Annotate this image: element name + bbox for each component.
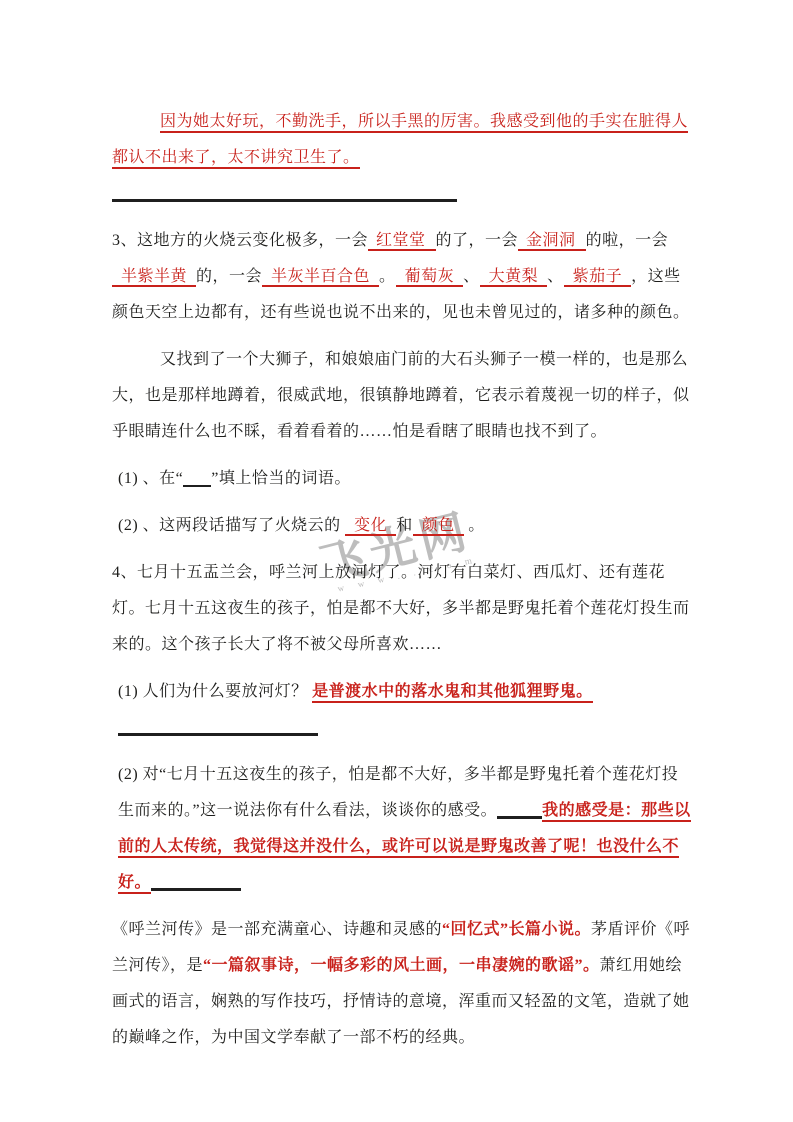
q3-sep-3: 、 xyxy=(547,268,564,285)
q3-blank-4: 半灰半百合色 xyxy=(262,268,379,287)
lion-excerpt-paragraph: 又找到了一个大狮子，和娘娘庙门前的大石头狮子一模一样的，也是那么大，也是那样地蹲… xyxy=(112,342,693,450)
answer-1-blank-rule xyxy=(112,185,457,202)
q3-blank-2: 金洞洞 xyxy=(518,232,586,251)
q3-blank-3: 半紫半黄 xyxy=(112,268,196,287)
summary-paragraph: 《呼兰河传》是一部充满童心、诗趣和灵感的“回忆式”长篇小说。茅盾评价《呼兰河传》… xyxy=(112,912,693,1056)
question-4-sub-1: (1) 人们为什么要放河灯？ 是普渡水中的落水鬼和其他狐狸野鬼。 xyxy=(112,674,693,746)
q3-mid-1: 的了，一会 xyxy=(436,232,519,249)
q4-sub1-answer: 是普渡水中的落水鬼和其他狐狸野鬼。 xyxy=(312,683,593,703)
question-3-sub-2: (2) 、这两段话描写了火烧云的 变化和颜色 。 xyxy=(112,508,693,544)
question-4: 4、七月十五盂兰会，呼兰河上放河灯了。河灯有白菜灯、西瓜灯、还有莲花灯。七月十五… xyxy=(112,555,693,663)
q3-prefix: 3、这地方的火烧云变化极多，一会 xyxy=(112,232,368,249)
q4-sub2-blank-rule xyxy=(151,874,241,891)
summary-text-1: 《呼兰河传》是一部充满童心、诗趣和灵感的 xyxy=(112,921,442,938)
lion-text: 又找到了一个大狮子，和娘娘庙门前的大石头狮子一模一样的，也是那么大，也是那样地蹲… xyxy=(112,351,690,440)
q4-text: 4、七月十五盂兰会，呼兰河上放河灯了。河灯有白菜灯、西瓜灯、还有莲花灯。七月十五… xyxy=(112,564,690,653)
answer-paragraph-1: 因为她太好玩，不勤洗手，所以手黑的厉害。我感受到他的手实在脏得人都认不出来了，太… xyxy=(112,104,693,212)
summary-red-1: “回忆式”长篇小说。 xyxy=(442,921,591,938)
worksheet-page: 飞光网 www..com 因为她太好玩，不勤洗手，所以手黑的厉害。我感受到他的手… xyxy=(0,0,793,1122)
summary-red-2: “一篇叙事诗，一幅多彩的风土画，一串凄婉的歌谣”。 xyxy=(203,957,600,974)
q4-sub1-blank-rule xyxy=(118,719,318,736)
q4-sub1-question: (1) 人们为什么要放河灯？ xyxy=(118,683,308,700)
q3-sep-2: 、 xyxy=(463,268,480,285)
q3-blank-6: 大黄梨 xyxy=(480,268,548,287)
q3-sub2-answer-2: 颜色 xyxy=(413,517,464,536)
q3-mid-2: 的啦，一会 xyxy=(586,232,669,249)
q3-sep-1: 。 xyxy=(379,268,396,285)
q3-sub1-suffix: ”填上恰当的词语。 xyxy=(211,470,351,487)
q3-sub2-mid: 和 xyxy=(396,517,413,534)
q3-blank-7: 紫茄子 xyxy=(564,268,632,287)
q3-blank-1: 红堂堂 xyxy=(368,232,436,251)
q3-sub1-blank-rule xyxy=(183,471,211,487)
answer-1-text: 因为她太好玩，不勤洗手，所以手黑的厉害。我感受到他的手实在脏得人都认不出来了，太… xyxy=(112,113,688,169)
q3-sub2-prefix: (2) 、这两段话描写了火烧云的 xyxy=(118,517,341,534)
question-4-sub-2: (2) 对“七月十五这夜生的孩子，怕是都不大好，多半都是野鬼托着个莲花灯投生而来… xyxy=(112,757,693,901)
q3-sub1-prefix: (1) 、在“ xyxy=(118,470,183,487)
q3-mid-3: 的，一会 xyxy=(196,268,262,285)
q3-sub2-answer-1: 变化 xyxy=(345,517,396,536)
question-3: 3、这地方的火烧云变化极多，一会红堂堂的了，一会金洞洞的啦，一会半紫半黄的，一会… xyxy=(112,223,693,331)
q4-sub2-lead-rule xyxy=(497,802,542,819)
question-3-sub-1: (1) 、在“”填上恰当的词语。 xyxy=(112,461,693,497)
document-content: 因为她太好玩，不勤洗手，所以手黑的厉害。我感受到他的手实在脏得人都认不出来了，太… xyxy=(0,0,793,1056)
q3-sub2-suffix: 。 xyxy=(468,517,485,534)
q3-blank-5: 葡萄灰 xyxy=(396,268,464,287)
